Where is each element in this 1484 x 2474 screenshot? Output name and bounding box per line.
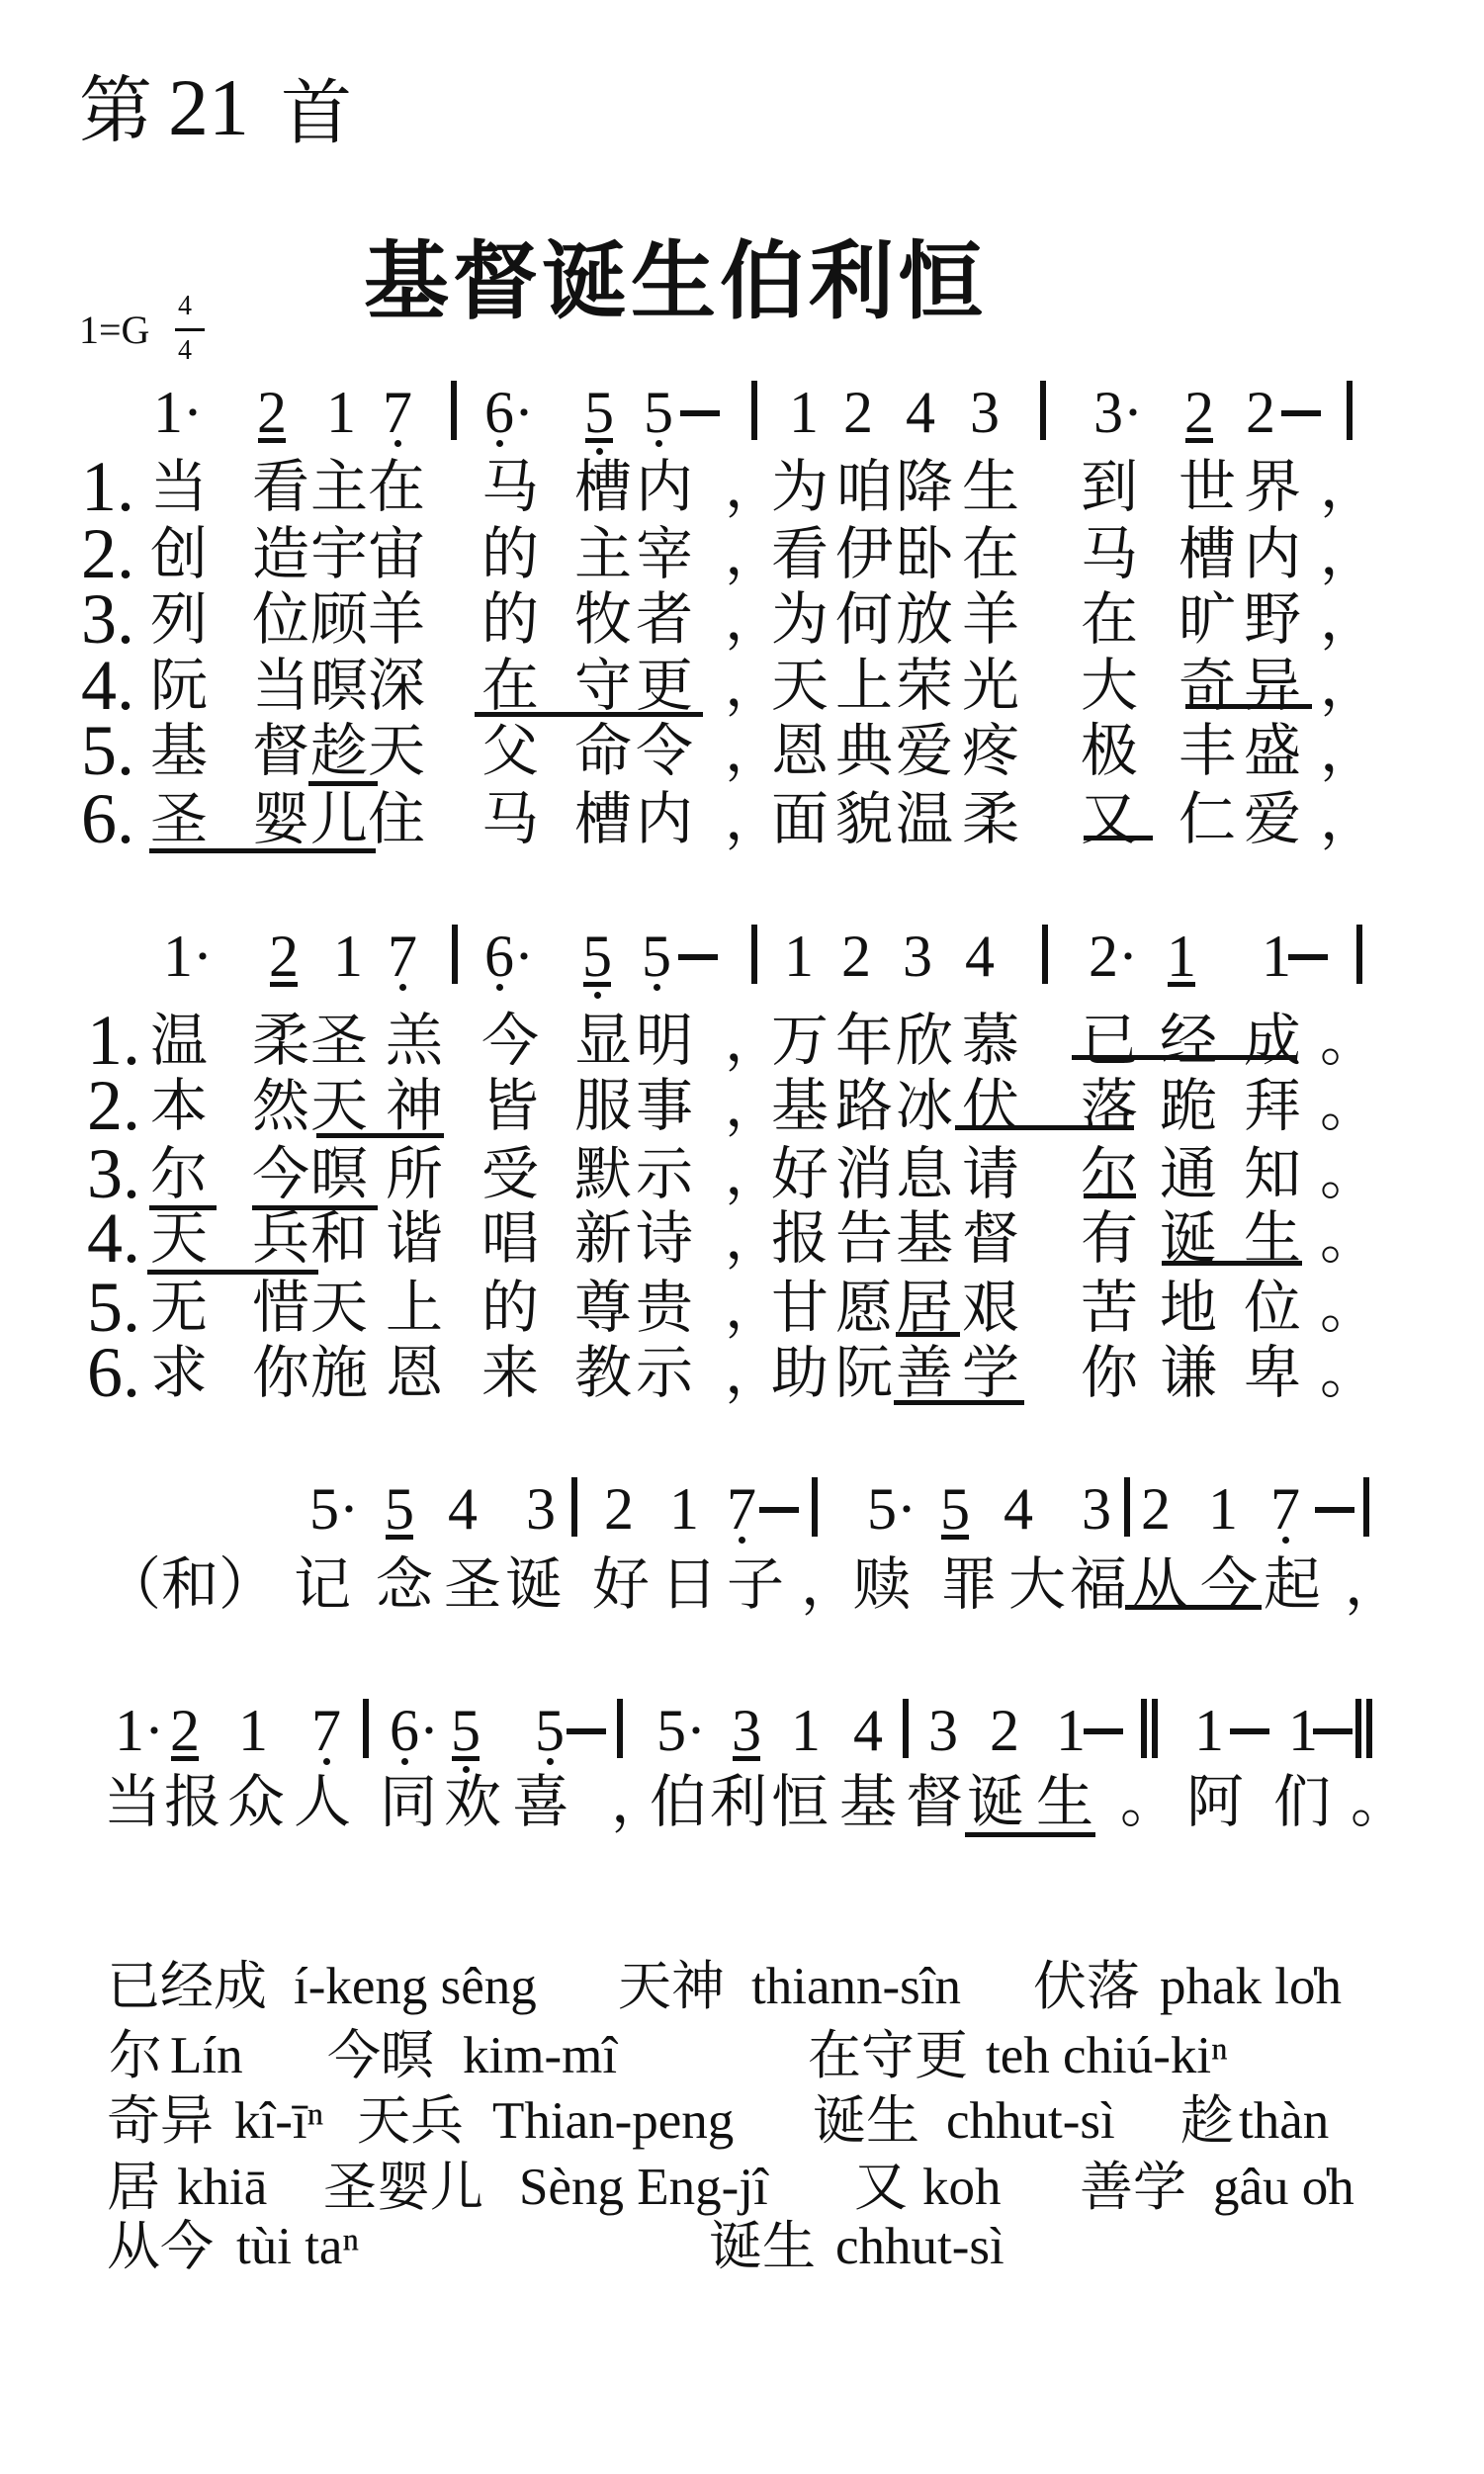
syllable: 喜 (512, 1773, 569, 1830)
glossary-romanization: teh chiú-kiⁿ (986, 2030, 1228, 2081)
note: 1 (1056, 1701, 1086, 1760)
syllable: 恩 (386, 1344, 443, 1401)
syllable: 万 (771, 1012, 829, 1069)
syllable: 跪 (1160, 1077, 1217, 1134)
syllable: 在 (1081, 590, 1138, 648)
syllable: 谦 (1160, 1344, 1217, 1401)
syllable: 貌 (835, 790, 893, 847)
syllable: 当 (150, 458, 208, 515)
bar-line (1042, 925, 1048, 984)
syllable: 新 (574, 1209, 632, 1267)
syllable: 通 (1160, 1145, 1217, 1202)
syllable: 子 (727, 1555, 784, 1613)
syllable: 欢 (444, 1773, 501, 1830)
syllable: 你 (1081, 1344, 1138, 1401)
syllable: 的 (481, 1279, 539, 1336)
syllable: 甘 (771, 1279, 829, 1336)
syllable: 同 (380, 1773, 437, 1830)
glossary-term: 在守更 (808, 2030, 968, 2081)
note: 5 (582, 927, 612, 986)
syllable: 事 (636, 1077, 693, 1134)
note-extension-dash: – (1281, 383, 1323, 442)
note: 2 (604, 1479, 634, 1539)
syllable: 仁 (1178, 790, 1236, 847)
syllable: 生 (1036, 1773, 1093, 1830)
syllable: 本 (150, 1077, 208, 1134)
verse-number: 5. (87, 1279, 140, 1336)
punctuation: ， (1320, 458, 1377, 515)
syllable: 和 (310, 1209, 368, 1267)
syllable: 野 (1244, 590, 1301, 648)
note: 2 (841, 927, 871, 986)
glossary-romanization: Lín (170, 2030, 243, 2081)
syllable: 羊 (962, 590, 1019, 648)
underline-mark (149, 848, 376, 853)
note: 2 (1184, 383, 1214, 442)
syllable: 拜 (1244, 1077, 1301, 1134)
syllable: 降 (896, 458, 953, 515)
syllable: 天 (310, 1279, 368, 1336)
note-extension-dash: – (678, 927, 720, 986)
underline-mark (1185, 704, 1312, 709)
punctuation: ， (1320, 590, 1377, 648)
note: 4 (906, 383, 935, 442)
syllable: 示 (636, 1344, 693, 1401)
double-bar-line (1141, 1699, 1158, 1758)
underline-mark (1084, 1193, 1136, 1198)
syllable: 示 (636, 1145, 693, 1202)
syllable: 诞 (1160, 1209, 1217, 1267)
syllable: 谐 (386, 1209, 443, 1267)
note: 1 (333, 927, 363, 986)
syllable: 大 (1081, 657, 1138, 714)
syllable: 暝 (310, 1145, 368, 1202)
syllable: 成 (1244, 1012, 1301, 1069)
syllable: 暝 (310, 657, 368, 714)
syllable: 宙 (368, 525, 425, 582)
syllable: 槽 (1178, 525, 1236, 582)
syllable: 记 (294, 1555, 351, 1613)
syllable: 的 (481, 590, 539, 648)
underline-mark (1162, 1261, 1302, 1266)
syllable: 极 (1081, 722, 1138, 779)
syllable: 造 (252, 525, 309, 582)
note: 2 (1141, 1479, 1171, 1539)
hymn-number-suffix: 首 (281, 75, 352, 150)
syllable: 看 (252, 458, 309, 515)
note: 6· (484, 383, 534, 442)
punctuation: 。 (1320, 1145, 1377, 1202)
syllable: 槽 (574, 458, 632, 515)
syllable: 阿 (1186, 1773, 1244, 1830)
syllable: 督 (252, 722, 309, 779)
syllable: 报 (164, 1773, 221, 1830)
note: 1· (115, 1701, 164, 1760)
bar-line (751, 381, 757, 440)
syllable: 守 (574, 657, 632, 714)
underline-mark (308, 781, 378, 786)
syllable: 位 (252, 590, 309, 648)
note: 5 (584, 383, 614, 442)
double-bar-line (1355, 1699, 1372, 1758)
syllable: 在 (481, 657, 539, 714)
syllable: 婴 (252, 790, 309, 847)
glossary-romanization: kim-mî (463, 2030, 617, 2081)
syllable: 主 (310, 458, 368, 515)
syllable: 欣 (896, 1012, 953, 1069)
hymn-number-prefix: 第 (79, 73, 152, 148)
syllable: 放 (896, 590, 953, 648)
underline-mark (149, 1205, 217, 1210)
punctuation: ， (1345, 1555, 1402, 1613)
bar-line (571, 1477, 577, 1537)
syllable: 唱 (481, 1209, 539, 1267)
note: 1 (326, 383, 356, 442)
note: 2· (1089, 927, 1138, 986)
syllable: 看 (771, 525, 829, 582)
syllable: 盛 (1244, 722, 1301, 779)
glossary-romanization: Sèng Eng-jî (519, 2162, 768, 2213)
syllable: 上 (835, 657, 893, 714)
note: 2 (843, 383, 873, 442)
bar-line (1347, 381, 1353, 440)
syllable: 在 (368, 458, 425, 515)
verse-2-line-a: 2. 创 造 宇 宙 的 主 宰 ， 看 伊 卧 在 马 槽 内 ， (0, 525, 1484, 586)
syllable: 阮 (150, 657, 208, 714)
underline-mark (1084, 836, 1153, 840)
syllable: 念 (376, 1555, 433, 1613)
syllable: 温 (896, 790, 953, 847)
punctuation: 。 (1320, 1344, 1377, 1401)
key-signature: 1=G (79, 310, 149, 350)
syllable: 马 (1081, 525, 1138, 582)
syllable: 惜 (252, 1279, 309, 1336)
syllable: 路 (835, 1077, 893, 1134)
glossary-row: 从今 tùi taⁿ 诞生 chhut-sì (0, 2221, 1484, 2280)
note: 1· (153, 383, 203, 442)
syllable: 默 (574, 1145, 632, 1202)
glossary-romanization: thiann-sîn (751, 1961, 961, 2012)
note: 1 (238, 1701, 268, 1760)
hymn-page: 第 21 首 基督诞生伯利恒 1=G 4 4 1· 2 1 7 6· 5 5 –… (0, 0, 1484, 2474)
note: 5 (385, 1479, 414, 1539)
syllable: 父 (481, 722, 539, 779)
syllable: 住 (368, 790, 425, 847)
syllable: 世 (1178, 458, 1236, 515)
punctuation: ， (801, 1555, 858, 1613)
note: 5· (656, 1701, 706, 1760)
syllable: 经 (1160, 1012, 1217, 1069)
syllable: 位 (1244, 1279, 1301, 1336)
note: 3 (1082, 1479, 1111, 1539)
note: 3 (928, 1701, 958, 1760)
syllable: 令 (636, 722, 693, 779)
glossary-term: 又 (854, 2162, 908, 2213)
syllable: 到 (1081, 458, 1138, 515)
verse-number: 1. (81, 458, 134, 515)
syllable: 命 (574, 722, 632, 779)
note: 5 (451, 1701, 480, 1760)
syllable: 生 (962, 458, 1019, 515)
time-signature-top: 4 (178, 293, 192, 320)
note: 5 (940, 1479, 970, 1539)
syllable: 受 (481, 1145, 539, 1202)
syllable: 冰 (896, 1077, 953, 1134)
syllable: 诗 (636, 1209, 693, 1267)
syllable: 在 (962, 525, 1019, 582)
syllable: 皆 (481, 1077, 539, 1134)
verse-number: 2. (87, 1077, 140, 1134)
syllable: 荣 (896, 657, 953, 714)
syllable: 服 (574, 1077, 632, 1134)
syllable: 宇 (310, 525, 368, 582)
verse-number: 6. (87, 1344, 140, 1401)
punctuation: ， (1320, 525, 1377, 582)
time-signature-bottom: 4 (178, 337, 192, 365)
glossary-term: 伏落 (1033, 1961, 1140, 2012)
punctuation: 。 (1320, 1279, 1377, 1336)
verse-6-line-a: 6. 圣 婴 儿 住 马 槽 内 ， 面 貌 温 柔 又 仁 爱 ， (0, 790, 1484, 851)
syllable: 为 (771, 458, 829, 515)
syllable: 伯 (650, 1773, 707, 1830)
glossary-romanization: Thian-peng (492, 2095, 734, 2147)
underline-mark (252, 1205, 378, 1210)
bar-line (903, 1699, 909, 1758)
note: 5 (642, 927, 671, 986)
note: 1 (1208, 1479, 1238, 1539)
syllable: 内 (636, 790, 693, 847)
glossary-term: 尔 (109, 2030, 162, 2081)
syllable: 圣 (310, 1012, 368, 1069)
note: 6· (484, 927, 534, 986)
note: 7 (1270, 1479, 1300, 1539)
syllable: 请 (962, 1145, 1019, 1202)
note: 3· (1093, 383, 1143, 442)
syllable: 生 (1244, 1209, 1301, 1267)
note: 2 (257, 383, 287, 442)
glossary-romanization: chhut-sì (946, 2095, 1115, 2147)
syllable: 众 (227, 1773, 285, 1830)
punctuation: ， (1320, 722, 1377, 779)
note: 1· (163, 927, 213, 986)
syllable: 更 (636, 657, 693, 714)
syllable: 圣 (150, 790, 208, 847)
underline-mark (1072, 1055, 1297, 1060)
glossary-term: 天神 (618, 1961, 725, 2012)
syllable: 天 (310, 1077, 368, 1134)
glossary-term: 天兵 (357, 2095, 464, 2147)
note-extension-dash: – (759, 1479, 801, 1539)
note-extension-dash: – (1288, 927, 1330, 986)
glossary-term: 诞生 (813, 2095, 919, 2147)
syllable: 当 (104, 1773, 161, 1830)
syllable: 兵 (252, 1209, 309, 1267)
syllable: 疼 (962, 722, 1019, 779)
syllable: 罪 (940, 1555, 998, 1613)
syllable: 牧 (574, 590, 632, 648)
verse-number: 6. (81, 790, 134, 847)
underline-mark (316, 1133, 444, 1138)
syllable: 人 (294, 1773, 351, 1830)
glossary-row: 尔 Lín 今暝 kim-mî 在守更 teh chiú-kiⁿ (0, 2030, 1484, 2089)
underline-mark (475, 712, 703, 717)
syllable: 慕 (962, 1012, 1019, 1069)
syllable: 显 (574, 1012, 632, 1069)
syllable: 求 (150, 1344, 208, 1401)
glossary-term: 奇异 (107, 2095, 214, 2147)
glossary-romanization: thàn (1239, 2095, 1329, 2147)
syllable: 爱 (1244, 790, 1301, 847)
bar-line (1356, 925, 1362, 984)
syllable: 典 (835, 722, 893, 779)
syllable: 爱 (896, 722, 953, 779)
syllable: 诞 (967, 1773, 1024, 1830)
syllable: 何 (835, 590, 893, 648)
syllable: 者 (636, 590, 693, 648)
glossary-romanization: gâu o̍h (1213, 2162, 1354, 2213)
syllable: 温 (150, 1012, 208, 1069)
note: 4 (965, 927, 995, 986)
verse-number: 1. (87, 1012, 140, 1069)
syllable: 基 (771, 1077, 829, 1134)
note-extension-dash: – (1315, 1479, 1356, 1539)
verse-2-line-b: 2. 本 然 天 神 皆 服 事 ， 基 路 冰 伏 落 跪 拜 。 (0, 1077, 1484, 1138)
note: 5· (867, 1479, 917, 1539)
syllable: 卑 (1244, 1344, 1301, 1401)
verse-1-line-a: 1. 当 看 主 在 马 槽 内 ， 为 咱 降 生 到 世 界 ， (0, 458, 1484, 519)
punctuation: ， (1320, 657, 1377, 714)
syllable: 神 (386, 1077, 443, 1134)
syllable: 天 (368, 722, 425, 779)
glossary-romanization: chhut-sì (835, 2221, 1004, 2272)
syllable: 好 (771, 1145, 829, 1202)
underline-mark (894, 1400, 1024, 1405)
note: 3 (903, 927, 932, 986)
syllable: 有 (1081, 1209, 1138, 1267)
note: 6· (390, 1701, 439, 1760)
syllable: 基 (150, 722, 208, 779)
note: 1 (789, 383, 819, 442)
glossary-term: 今暝 (327, 2030, 434, 2081)
syllable: 天 (771, 657, 829, 714)
bar-line (363, 1699, 369, 1758)
syllable: 愿 (835, 1279, 893, 1336)
punctuation: 。 (1351, 1773, 1408, 1830)
refrain-line-b: 当 报 众 人 同 欢 喜 ， 伯 利 恒 基 督 诞 生 。 阿 们 。 (0, 1773, 1484, 1834)
note: 4 (1004, 1479, 1033, 1539)
note-extension-dash: – (680, 383, 722, 442)
note: 1 (1167, 927, 1196, 986)
glossary-romanization: í-keng sêng (294, 1961, 537, 2012)
note: 3 (970, 383, 1000, 442)
note: 5 (644, 383, 673, 442)
syllable: 们 (1273, 1773, 1331, 1830)
syllable: 上 (386, 1279, 443, 1336)
syllable: 赎 (853, 1555, 911, 1613)
syllable: 尔 (150, 1145, 208, 1202)
syllable: 好 (592, 1555, 650, 1613)
hymn-title: 基督诞生伯利恒 (364, 237, 987, 326)
glossary-term: 居 (107, 2162, 160, 2213)
hymn-number: 21 (168, 67, 249, 148)
syllable: 息 (896, 1145, 953, 1202)
syllable: 消 (835, 1145, 893, 1202)
syllable: 界 (1244, 458, 1301, 515)
verse-1-line-b: 1. 温 柔 圣 羔 今 显 明 ， 万 年 欣 慕 已 经 成 。 (0, 1012, 1484, 1073)
notation-row-verses-b: 1· 2 1 7 6· 5 5 – 1 2 3 4 2· 1 1 – (0, 927, 1484, 1006)
verse-6-line-b: 6. 求 你 施 恩 来 教 示 ， 助 阮 善 学 你 谦 卑 。 (0, 1344, 1484, 1405)
glossary-romanization: kî-īⁿ (234, 2095, 323, 2147)
syllable: 尊 (574, 1279, 632, 1336)
syllable: 督 (962, 1209, 1019, 1267)
note: 2 (170, 1701, 200, 1760)
syllable: 福 (1070, 1555, 1127, 1613)
punctuation: 。 (1320, 1012, 1377, 1069)
syllable: 宰 (636, 525, 693, 582)
glossary-term: 已经成 (107, 1961, 267, 2012)
punctuation: ， (1320, 790, 1377, 847)
syllable: 督 (906, 1773, 963, 1830)
syllable: 告 (835, 1209, 893, 1267)
syllable: 善 (896, 1344, 953, 1401)
syllable: 利 (710, 1773, 767, 1830)
glossary-term: 圣婴儿 (323, 2162, 483, 2213)
note: 1 (1262, 927, 1291, 986)
syllable: 无 (150, 1279, 208, 1336)
syllable: 报 (771, 1209, 829, 1267)
syllable: 主 (574, 525, 632, 582)
syllable: 圣 (444, 1555, 501, 1613)
underline-mark (147, 1270, 318, 1275)
syllable: 年 (835, 1012, 893, 1069)
syllable: 起 (1264, 1555, 1321, 1613)
syllable: 艰 (962, 1279, 1019, 1336)
syllable: 咱 (835, 458, 893, 515)
verse-number: 2. (81, 525, 134, 582)
refrain-label: （和） (104, 1555, 276, 1613)
verse-number: 3. (87, 1145, 140, 1202)
verse-5-line-b: 5. 无 惜 天 上 的 尊 贵 ， 甘 愿 居 艰 苦 地 位 。 (0, 1279, 1484, 1340)
syllable: 羊 (368, 590, 425, 648)
syllable: 学 (962, 1344, 1019, 1401)
glossary-row: 已经成 í-keng sêng 天神 thiann-sîn 伏落 phak lo… (0, 1961, 1484, 2020)
note: 1 (784, 927, 814, 986)
note: 7 (388, 927, 417, 986)
syllable: 天 (150, 1209, 208, 1267)
glossary-romanization: koh (922, 2162, 1002, 2213)
syllable: 顾 (310, 590, 368, 648)
glossary-romanization: tùi taⁿ (236, 2221, 359, 2272)
note: 1 (669, 1479, 699, 1539)
syllable: 深 (368, 657, 425, 714)
syllable: 恩 (771, 722, 829, 779)
glossary-term: 诞生 (709, 2221, 816, 2272)
note: 3 (526, 1479, 556, 1539)
syllable: 当 (252, 657, 309, 714)
note: 7 (383, 383, 412, 442)
syllable: 所 (386, 1145, 443, 1202)
note-extension-dash: – (1084, 1701, 1125, 1760)
syllable: 基 (896, 1209, 953, 1267)
syllable: 丰 (1178, 722, 1236, 779)
syllable: 旷 (1178, 590, 1236, 648)
syllable: 基 (839, 1773, 897, 1830)
note: 5· (309, 1479, 359, 1539)
time-signature-fraction-line (175, 328, 205, 331)
verse-3-line-a: 3. 列 位 顾 羊 的 牧 者 ， 为 何 放 羊 在 旷 野 ， (0, 590, 1484, 652)
verse-number: 4. (87, 1209, 140, 1267)
note: 3 (732, 1701, 761, 1760)
